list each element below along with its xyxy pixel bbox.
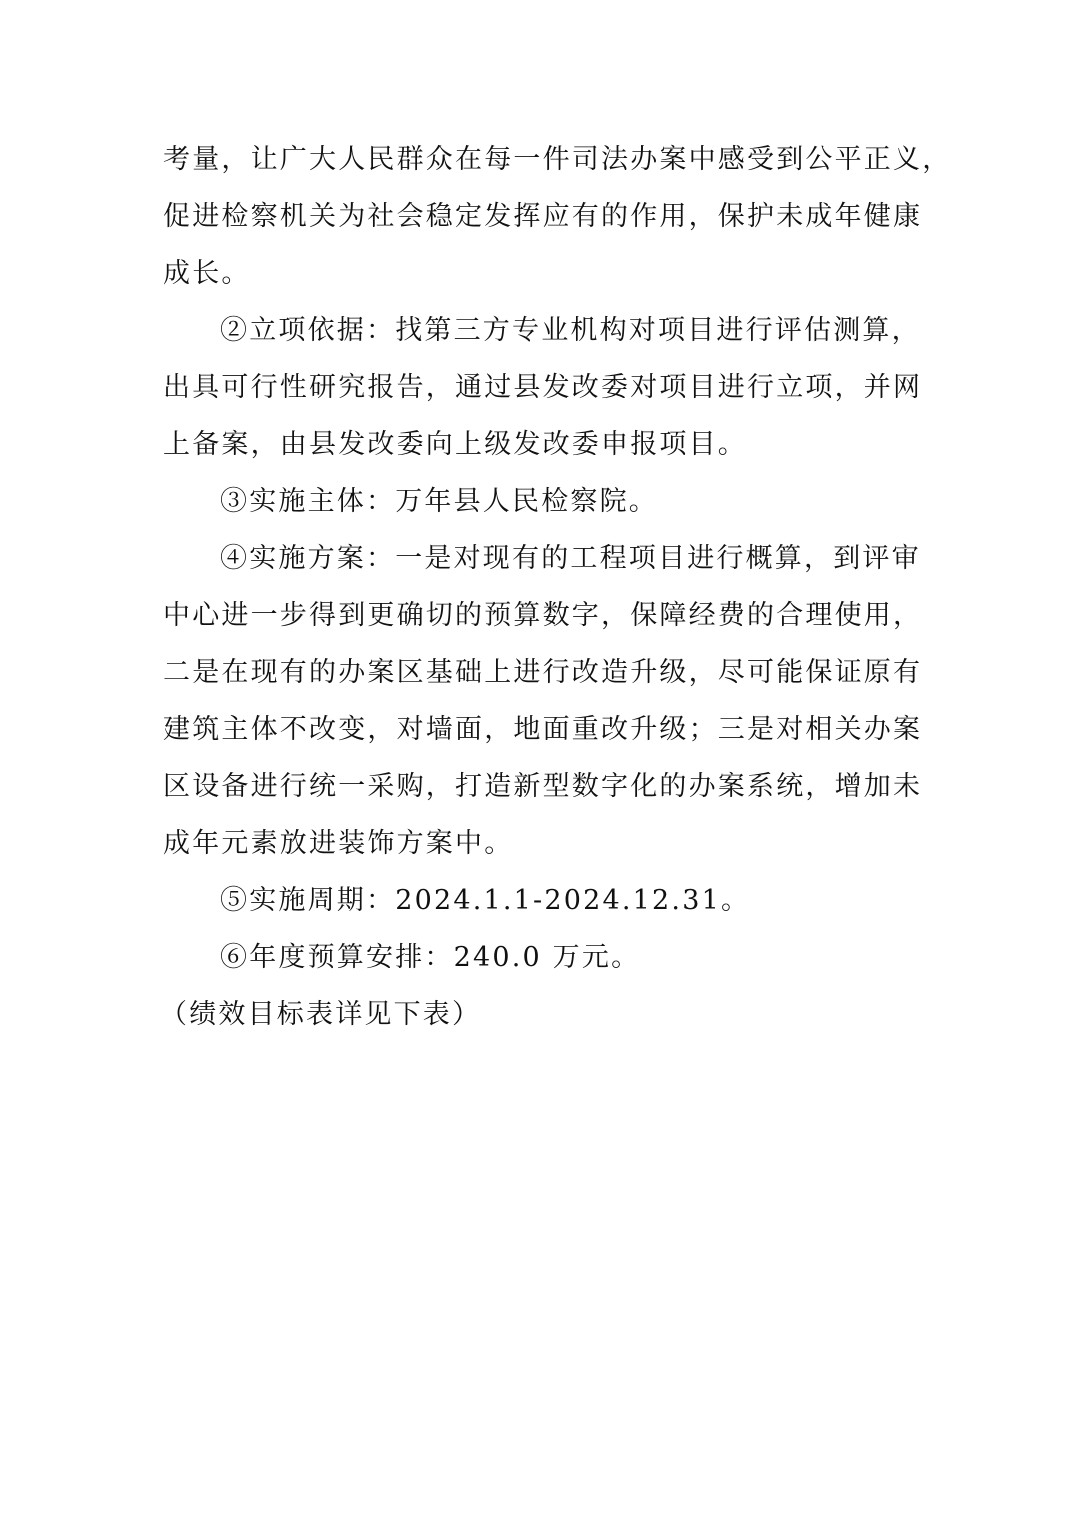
implementer-line: ③实施主体：万年县人民检察院。 bbox=[220, 485, 658, 519]
paragraph-line: 区设备进行统一采购，打造新型数字化的办案系统，增加未 bbox=[163, 770, 922, 804]
budget-line: ⑥年度预算安排：240.0 万元。 bbox=[220, 941, 640, 975]
paragraph-line: 促进检察机关为社会稳定发挥应有的作用，保护未成年健康 bbox=[163, 200, 922, 234]
paragraph-line: 建筑主体不改变，对墙面，地面重改升级；三是对相关办案 bbox=[163, 713, 922, 747]
paragraph-line: 中心进一步得到更确切的预算数字，保障经费的合理使用， bbox=[163, 599, 922, 633]
paragraph-line: 成年元素放进装饰方案中。 bbox=[163, 827, 513, 861]
paragraph-line: 考量，让广大人民群众在每一件司法办案中感受到公平正义， bbox=[163, 143, 951, 177]
basis-heading-line: ②立项依据：找第三方专业机构对项目进行评估测算， bbox=[220, 314, 921, 348]
plan-heading-line: ④实施方案：一是对现有的工程项目进行概算，到评审 bbox=[220, 542, 921, 576]
paragraph-line: 成长。 bbox=[163, 257, 251, 291]
paragraph-line: 出具可行性研究报告，通过县发改委对项目进行立项，并网 bbox=[163, 371, 922, 405]
paragraph-line: 二是在现有的办案区基础上进行改造升级，尽可能保证原有 bbox=[163, 656, 922, 690]
paragraph-line: 上备案，由县发改委向上级发改委申报项目。 bbox=[163, 428, 747, 462]
document-page: 考量，让广大人民群众在每一件司法办案中感受到公平正义， 促进检察机关为社会稳定发… bbox=[0, 0, 1074, 1520]
table-reference-note: （绩效目标表详见下表） bbox=[160, 998, 481, 1032]
period-line: ⑤实施周期：2024.1.1-2024.12.31。 bbox=[220, 884, 750, 918]
